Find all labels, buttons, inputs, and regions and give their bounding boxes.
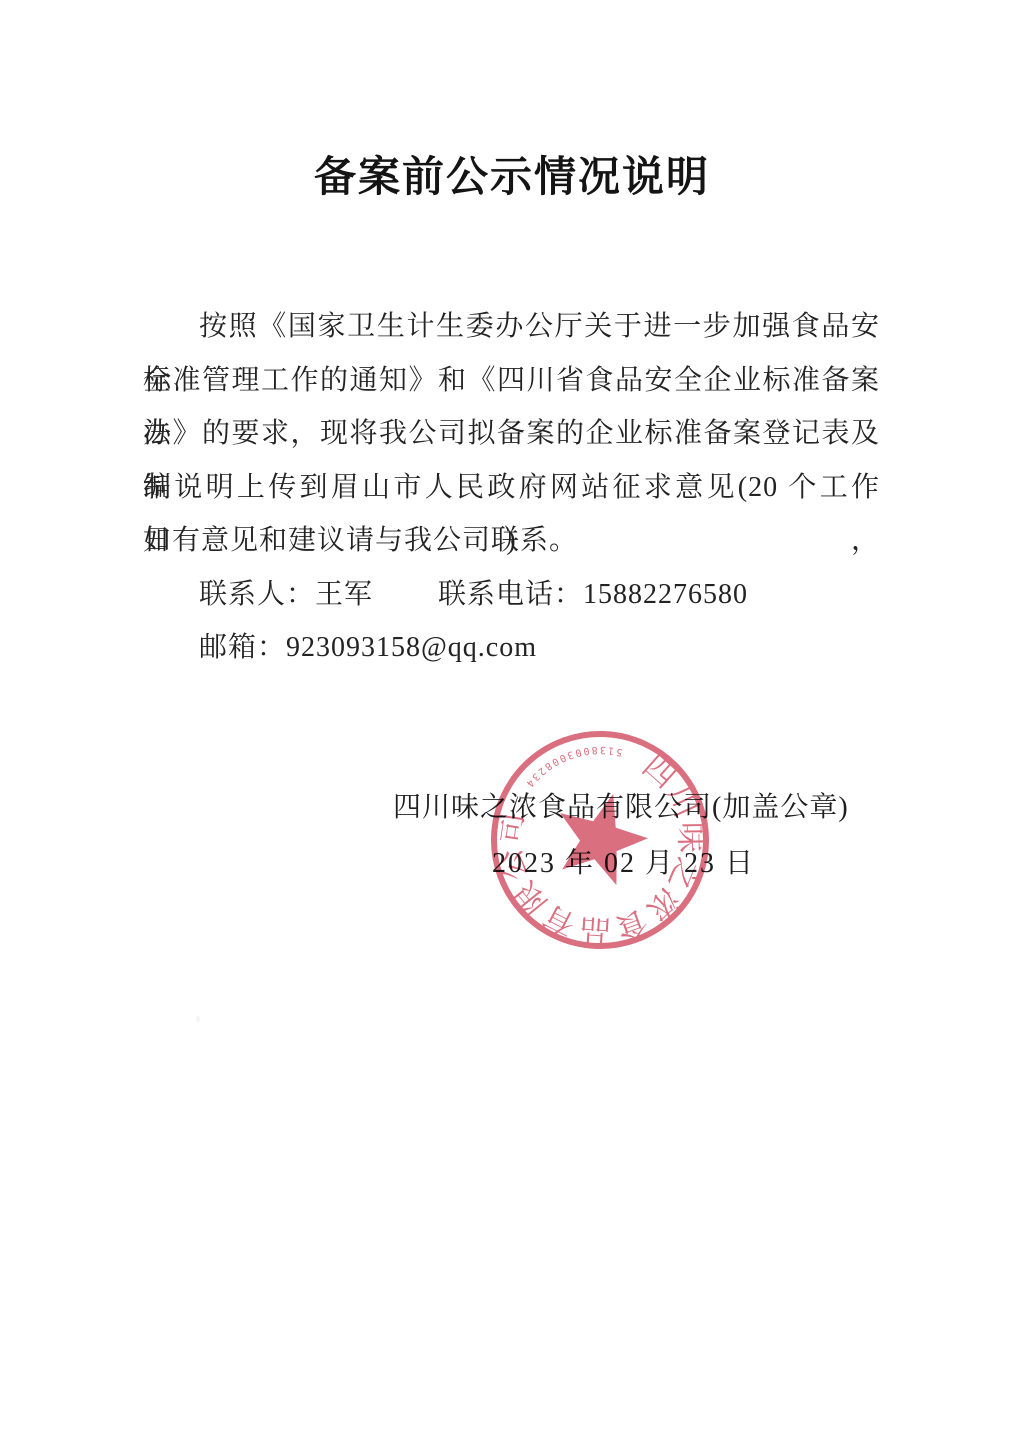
contact-phone-number: 15882276580 bbox=[583, 579, 748, 610]
body-paragraph: 按照《国家卫生计生委办公厅关于进一步加强食品安全 标准管理工作的通知》和《四川省… bbox=[143, 300, 880, 675]
company-seal: 四川味之浓食品有限公司 5138003008234 bbox=[456, 696, 743, 983]
contact-person-name: 王军 bbox=[315, 579, 373, 610]
paragraph-line-2: 标准管理工作的通知》和《四川省食品安全企业标准备案办 bbox=[143, 354, 880, 408]
seal-star-icon bbox=[544, 788, 660, 901]
document-page: 备案前公示情况说明 按照《国家卫生计生委办公厅关于进一步加强食品安全 标准管理工… bbox=[0, 0, 1024, 1448]
email-value: 923093158@qq.com bbox=[286, 632, 537, 663]
paragraph-line-4: 制说明上传到眉山市人民政府网站征求意见(20 个工作日)， bbox=[143, 461, 880, 515]
contact-person-label: 联系人： bbox=[199, 579, 315, 610]
email-label: 邮箱： bbox=[199, 632, 286, 663]
paragraph-line-1: 按照《国家卫生计生委办公厅关于进一步加强食品安全 bbox=[143, 300, 880, 354]
document-title: 备案前公示情况说明 bbox=[0, 144, 1024, 204]
contact-line: 联系人：王军联系电话：15882276580 bbox=[143, 568, 880, 622]
email-line: 邮箱：923093158@qq.com bbox=[143, 621, 880, 675]
paragraph-line-3: 法》的要求，现将我公司拟备案的企业标准备案登记表及编 bbox=[143, 407, 880, 461]
contact-phone-label: 联系电话： bbox=[438, 579, 583, 610]
scan-speck bbox=[196, 1016, 200, 1022]
